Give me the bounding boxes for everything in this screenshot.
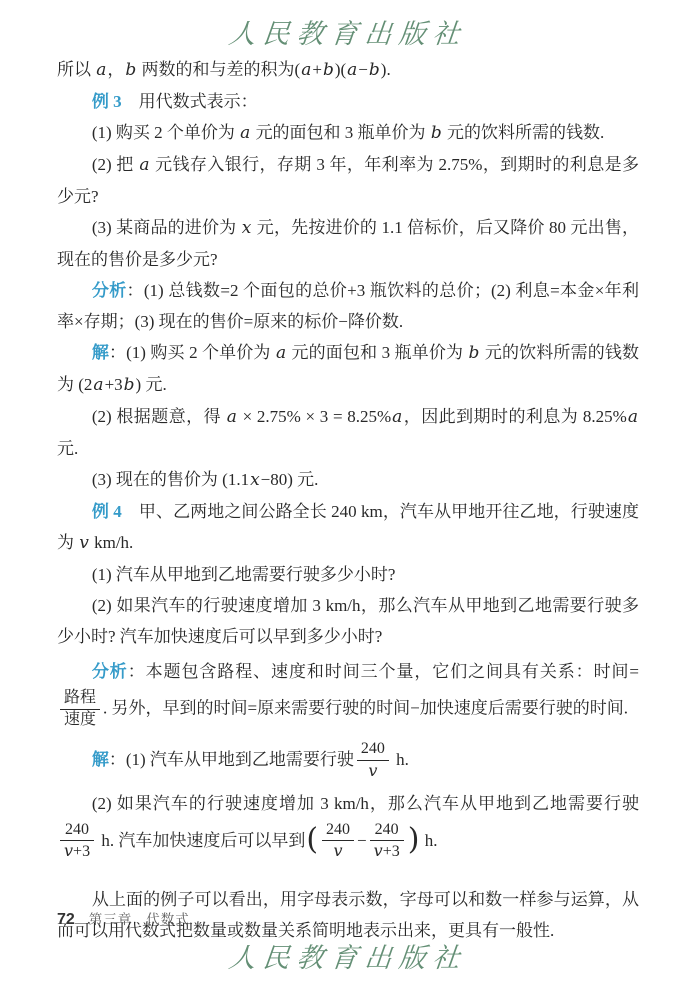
- math-variable: b: [124, 60, 137, 80]
- textbook-page: 人民教育出版社 所以 a，b 两数的和与差的积为(a+b)(a−b).例 3 用…: [0, 0, 696, 983]
- paragraph: (2) 把 a 元钱存入银行，存期 3 年，年利率为 2.75%，到期时的利息是…: [57, 149, 639, 212]
- text-run: (3) 现在的售价为 (1.1: [92, 470, 249, 489]
- math-variable: a: [275, 343, 287, 363]
- fraction-numerator: 240: [60, 821, 94, 842]
- text-run: )(: [335, 60, 346, 79]
- paragraph: (2) 如果汽车的行驶速度增加 3 km/h，那么汽车从甲地到乙地需要行驶多少小…: [57, 590, 639, 652]
- fraction-denominator: 速度: [60, 710, 100, 730]
- publisher-logo-top: 人民教育出版社: [0, 12, 696, 51]
- math-variable: a: [95, 60, 107, 80]
- math-variable: x: [241, 218, 253, 238]
- text-run: +: [312, 60, 322, 79]
- keyword-label: 分析: [92, 662, 128, 681]
- fraction-numerator: 240: [370, 821, 404, 842]
- fraction-denominator: v+3: [60, 841, 94, 862]
- math-variable: a: [226, 407, 238, 427]
- paragraph: 分析：本题包含路程、速度和时间三个量，它们之间具有关系：时间=路程速度. 另外，…: [57, 656, 639, 732]
- big-paren: ): [407, 822, 421, 857]
- text-run: ，因此到期时的利息为 8.25%: [403, 407, 627, 426]
- keyword-label: 例 3: [92, 92, 122, 111]
- paragraph: 解：(1) 购买 2 个单价为 a 元的面包和 3 瓶单价为 b 元的饮料所需的…: [57, 337, 639, 401]
- text-run: (3) 某商品的进价为: [92, 218, 241, 237]
- keyword-label: 分析: [92, 281, 127, 300]
- content: 所以 a，b 两数的和与差的积为(a+b)(a−b).例 3 用代数式表示：(1…: [57, 54, 639, 946]
- text-run: (2) 根据题意，得: [92, 407, 226, 426]
- paragraph: (2) 如果汽车的行驶速度增加 3 km/h，那么汽车从甲地到乙地需要行驶240…: [57, 788, 639, 865]
- text-run: ) 元.: [136, 375, 167, 394]
- math-variable: b: [322, 60, 335, 80]
- fraction: 240v: [357, 740, 389, 782]
- fraction-numerator: 路程: [60, 689, 100, 710]
- paragraph: 例 3 用代数式表示：: [57, 86, 639, 117]
- paragraph: 解：(1) 汽车从甲地到乙地需要行驶240v h.: [57, 738, 639, 784]
- math-variable: b: [430, 123, 443, 143]
- text-run: ：(1) 汽车从甲地到乙地需要行驶: [109, 750, 354, 769]
- section-label: 代数式: [146, 908, 190, 928]
- fraction: 240v: [322, 821, 354, 863]
- paragraph: 例 4 甲、乙两地之间公路全长 240 km，汽车从甲地开往乙地，行驶速度为 v…: [57, 496, 639, 559]
- fraction-denominator: v+3: [370, 841, 404, 862]
- text-run: 两数的和与差的积为(: [137, 60, 300, 79]
- text-run: (2) 把: [92, 155, 139, 174]
- page-number: 72: [57, 911, 75, 929]
- text-run: ).: [381, 60, 391, 79]
- paragraph: (3) 某商品的进价为 x 元，先按进价的 1.1 倍标价，后又降价 80 元出…: [57, 212, 639, 275]
- text-run: (1) 购买 2 个单价为: [92, 123, 239, 142]
- math-variable: a: [138, 155, 150, 175]
- text-run: ：(1) 购买 2 个单价为: [109, 343, 275, 362]
- math-variable: b: [368, 60, 381, 80]
- big-paren: (: [305, 822, 319, 857]
- text-run: (2) 如果汽车的行驶速度增加 3 km/h，那么汽车从甲地到乙地需要行驶多少小…: [57, 596, 639, 646]
- fraction-denominator: v: [357, 761, 389, 782]
- math-variable: v: [78, 533, 90, 553]
- keyword-label: 解: [92, 750, 109, 769]
- text-run: −80) 元.: [261, 470, 319, 489]
- keyword-label: 解: [92, 343, 109, 362]
- text-run: h.: [392, 750, 409, 769]
- paragraph: (2) 根据题意，得 a × 2.75% × 3 = 8.25%a，因此到期时的…: [57, 401, 639, 464]
- text-run: +3: [105, 375, 123, 394]
- math-variable: a: [239, 123, 251, 143]
- text-run: 用代数式表示：: [122, 92, 258, 111]
- math-variable: x: [249, 470, 261, 490]
- footer: 72 第三章 代数式: [57, 908, 190, 929]
- text-run: ：本题包含路程、速度和时间三个量，它们之间具有关系：时间=: [128, 662, 639, 681]
- text-run: × 2.75% × 3 = 8.25%: [238, 407, 391, 426]
- text-run: 所以: [57, 60, 95, 79]
- fraction: 路程速度: [60, 689, 100, 730]
- text-run: (2) 如果汽车的行驶速度增加 3 km/h，那么汽车从甲地到乙地需要行驶: [92, 794, 639, 813]
- fraction: 240v+3: [60, 821, 94, 863]
- paragraph: (1) 汽车从甲地到乙地需要行驶多少小时?: [57, 559, 639, 590]
- math-variable: a: [346, 60, 358, 80]
- fraction-numerator: 240: [322, 821, 354, 842]
- fraction-denominator: v: [322, 841, 354, 862]
- math-variable: a: [92, 375, 104, 395]
- text-run: 元的面包和 3 瓶单价为: [287, 343, 467, 362]
- paragraph: 分析：(1) 总钱数=2 个面包的总价+3 瓶饮料的总价；(2) 利息=本金×年…: [57, 275, 639, 337]
- math-variable: b: [123, 375, 136, 395]
- fraction: 240v+3: [370, 821, 404, 863]
- text-run: 元的饮料所需的钱数.: [443, 123, 605, 142]
- math-variable: b: [468, 343, 481, 363]
- publisher-logo-bottom: 人民教育出版社: [0, 936, 696, 975]
- paragraph: 所以 a，b 两数的和与差的积为(a+b)(a−b).: [57, 54, 639, 86]
- paragraph: (3) 现在的售价为 (1.1x−80) 元.: [57, 464, 639, 496]
- paragraph: (1) 购买 2 个单价为 a 元的面包和 3 瓶单价为 b 元的饮料所需的钱数…: [57, 117, 639, 149]
- text-run: h. 汽车加快速度后可以早到: [97, 830, 305, 849]
- keyword-label: 例 4: [92, 502, 122, 521]
- chapter-label: 第三章: [89, 908, 133, 928]
- math-variable: a: [627, 407, 639, 427]
- text-run: −: [358, 60, 368, 79]
- text-run: 元.: [57, 439, 78, 458]
- text-run: 元的面包和 3 瓶单价为: [251, 123, 430, 142]
- text-run: . 另外，早到的时间=原来需要行驶的时间−加快速度后需要行驶的时间.: [103, 698, 628, 717]
- text-run: ，: [107, 60, 124, 79]
- text-run: h.: [420, 830, 437, 849]
- text-run: ：(1) 总钱数=2 个面包的总价+3 瓶饮料的总价；(2) 利息=本金×年利率…: [57, 281, 639, 331]
- math-variable: a: [391, 407, 403, 427]
- text-run: km/h.: [90, 533, 133, 552]
- fraction-numerator: 240: [357, 740, 389, 761]
- text-run: 甲、乙两地之间公路全长 240 km，汽车从甲地开往乙地，行驶速度为: [57, 502, 639, 552]
- text-run: (1) 汽车从甲地到乙地需要行驶多少小时?: [92, 565, 396, 584]
- text-run: −: [357, 830, 367, 849]
- math-variable: a: [300, 60, 312, 80]
